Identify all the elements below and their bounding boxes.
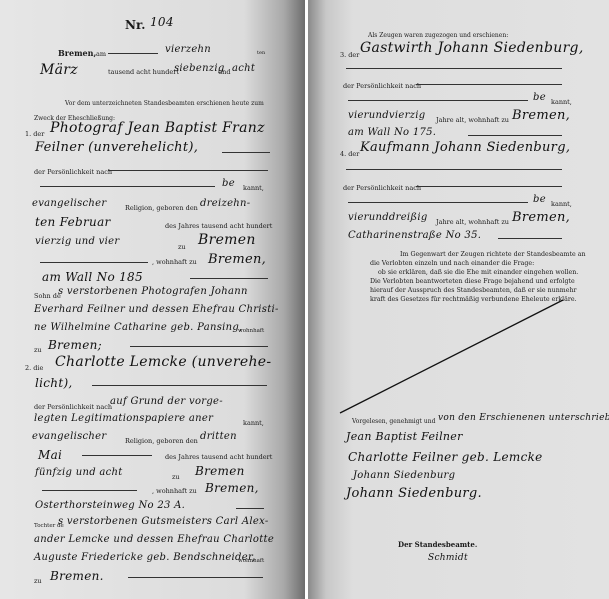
person-2-religion: evangelischer xyxy=(32,431,106,442)
person-1-residence: Bremen, xyxy=(208,252,266,267)
place-label: Bremen, xyxy=(58,48,96,58)
person-1-parents-line-1: s verstorbenen Photografen Johann xyxy=(58,286,248,297)
blank-line xyxy=(108,53,158,54)
blank-line xyxy=(42,490,137,491)
day-handwritten: vierzehn xyxy=(165,44,211,55)
kannt-label: kannt, xyxy=(243,419,264,427)
person-2-label: 2. die xyxy=(25,364,43,372)
person-2-name-line-1: Charlotte Lemcke (unverehe- xyxy=(55,354,271,370)
den-label: ten xyxy=(257,50,265,56)
signature-witness-4: Johann Siedenburg. xyxy=(346,486,482,501)
person-2-birth-day: dritten xyxy=(200,431,237,442)
signature-witness-3: Johann Siedenburg xyxy=(353,470,455,481)
person-1-religion: evangelischer xyxy=(32,198,106,209)
bekannt-handwritten: be xyxy=(222,178,235,189)
des-jahres-label-2: des Jahres tausend acht hundert xyxy=(165,453,272,461)
registrar-signature: Schmidt xyxy=(428,553,468,563)
zu-label-3: zu xyxy=(172,473,180,481)
person-1-name-line-2: Feilner (unverehelicht), xyxy=(35,140,198,155)
blank-line xyxy=(236,508,264,509)
person-2-identity-line-1: auf Grund der vorge- xyxy=(110,396,223,407)
person-2-birth-place: Bremen xyxy=(195,464,245,478)
registrar-label: Der Standesbeamte. xyxy=(398,540,477,549)
person-2-parents-line-2: ander Lemcke und dessen Ehefrau Charlott… xyxy=(34,534,274,545)
person-2-birth-year: fünfzig und acht xyxy=(35,467,123,478)
zu-label: zu xyxy=(178,243,186,251)
persoenlichkeit-label: der Persönlichkeit nach xyxy=(34,168,112,176)
bekannt-label: kannt, xyxy=(243,184,264,192)
wohnhaft-label-3: , wohnhaft zu xyxy=(152,487,197,495)
blank-line xyxy=(40,262,148,263)
persoenlichkeit-label-2: der Persönlichkeit nach xyxy=(34,403,112,411)
year-printed: tausend acht hundert xyxy=(108,68,179,76)
year-handwritten-2: acht xyxy=(232,63,255,74)
person-2-identity-line-2: legten Legitimationspapiere aner xyxy=(34,413,213,424)
blank-line xyxy=(92,385,267,386)
wohnhaft-label-4: wohnhaft xyxy=(238,558,264,564)
person-1-address: am Wall No 185 xyxy=(42,270,143,284)
person-2-residence: Bremen, xyxy=(205,481,259,495)
person-1-parents-line-3: ne Wilhelmine Catharine geb. Pansing, xyxy=(34,322,243,333)
am-label: am xyxy=(96,50,106,58)
person-2-parents-residence: Bremen. xyxy=(50,569,104,583)
person-1-birth-place: Bremen xyxy=(198,232,256,248)
vorgelesen-handwritten: von den Erschienenen unterschrieben. xyxy=(438,413,609,423)
religion-label: Religion, geboren den xyxy=(125,204,198,212)
month-handwritten: März xyxy=(40,62,78,78)
wohnhaft-label-2: wohnhaft xyxy=(238,328,264,334)
signature-bride: Charlotte Feilner geb. Lemcke xyxy=(348,450,543,464)
blank-line xyxy=(40,186,215,187)
person-2-birth-month: Mai xyxy=(38,448,62,462)
person-1-birth-month: ten Februar xyxy=(35,215,111,229)
blank-line xyxy=(222,152,270,153)
record-number-label: Nr. xyxy=(125,18,145,32)
person-2-parents-line-3: Auguste Friedericke geb. Bendschneider, xyxy=(34,552,255,563)
religion-label-2: Religion, geboren den xyxy=(125,437,198,445)
strike-through-line xyxy=(308,0,609,599)
intro-line-1: Vor dem unterzeichneten Standesbeamten e… xyxy=(65,100,264,107)
sohn-label: Sohn de xyxy=(34,292,61,300)
person-1-birth-year: vierzig und vier xyxy=(35,236,119,247)
left-page: Nr. 104 Bremen, am vierzehn ten März tau… xyxy=(0,0,305,599)
zu-label-4: zu xyxy=(34,577,42,585)
year-handwritten-1: siebenzig xyxy=(174,63,225,74)
signature-groom: Jean Baptist Feilner xyxy=(346,430,463,443)
person-1-parents-line-2: Everhard Feilner und dessen Ehefrau Chri… xyxy=(34,304,279,315)
person-2-address: Osterthorsteinweg No 23 A. xyxy=(35,500,185,511)
person-1-birth-day: dreizehn- xyxy=(200,198,250,209)
blank-line xyxy=(130,346,268,347)
person-2-parents-line-1: s verstorbenen Gutsmeisters Carl Alex- xyxy=(58,516,269,527)
zu-label-2: zu xyxy=(34,346,42,354)
person-1-parents-residence: Bremen; xyxy=(48,338,102,352)
blank-line xyxy=(190,278,268,279)
person-2-name-line-2: licht), xyxy=(35,376,73,390)
person-1-name-line-1: Photograf Jean Baptist Franz xyxy=(50,120,265,136)
blank-line xyxy=(128,577,263,578)
des-jahres-label: des Jahres tausend acht hundert xyxy=(165,222,272,230)
vorgelesen-label: Vorgelesen, genehmigt und xyxy=(352,418,435,425)
person-1-label: 1. der xyxy=(25,130,44,138)
blank-line xyxy=(82,455,152,456)
wohnhaft-label: , wohnhaft zu xyxy=(152,258,197,266)
blank-line xyxy=(108,170,268,171)
und-label: und xyxy=(218,68,231,76)
right-page: Als Zeugen waren zugezogen und erschiene… xyxy=(308,0,609,599)
record-number-value: 104 xyxy=(150,15,174,29)
